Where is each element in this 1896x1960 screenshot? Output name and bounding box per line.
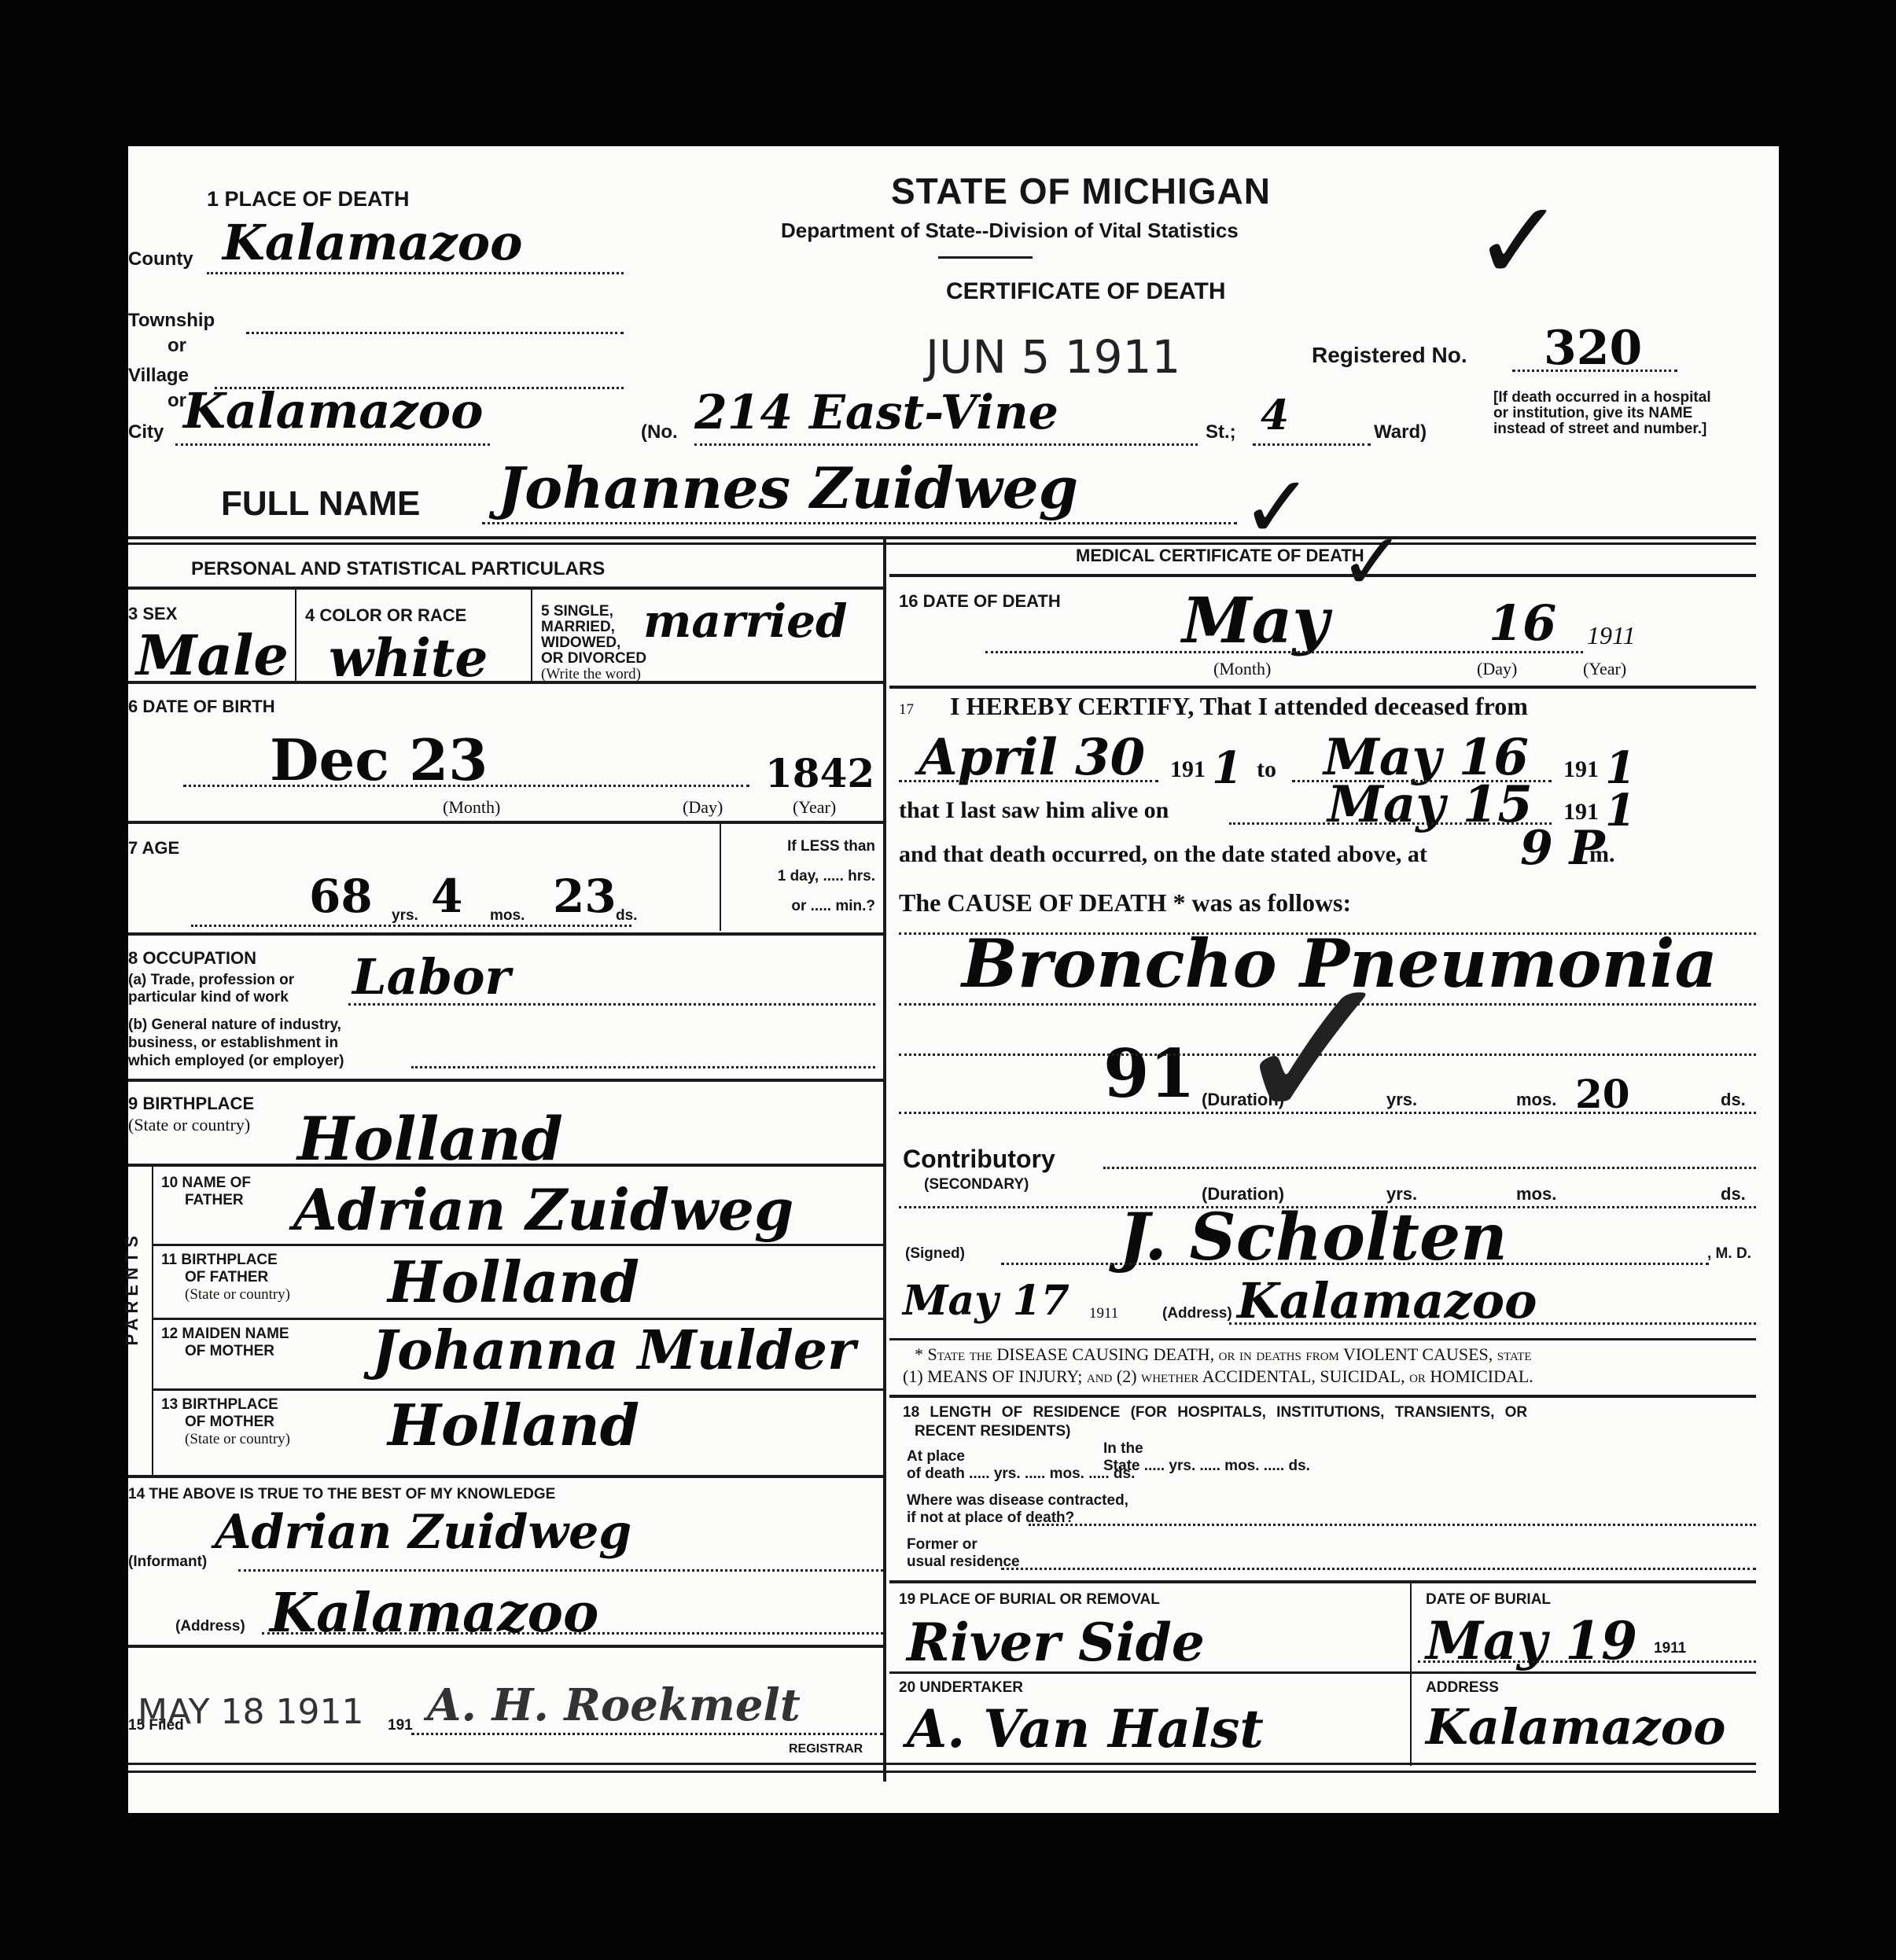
last-saw-year-digit: 1 xyxy=(1605,785,1636,837)
cause-code-value: 91 xyxy=(1103,1035,1195,1112)
informant-address-value: Kalamazoo xyxy=(270,1582,598,1645)
checkmark-icon: ✓ xyxy=(1229,932,1401,1170)
burial-year: 1911 xyxy=(1654,1640,1686,1657)
undertaker-label: 20 UNDERTAKER xyxy=(899,1679,1023,1697)
death-time-label: and that death occurred, on the date sta… xyxy=(899,841,1427,868)
parents-vertical-label: PARENTS xyxy=(122,1231,142,1346)
undertaker-value: A. Van Halst xyxy=(907,1698,1264,1760)
father-name-label: 10 NAME OF FATHER xyxy=(161,1175,251,1209)
residence-in-state: In the State ..... yrs. ..... mos. .....… xyxy=(1103,1440,1310,1475)
month-caption: (Month) xyxy=(443,797,500,818)
filed-year-suffix: 191 xyxy=(388,1717,413,1734)
burial-place-value: River Side xyxy=(907,1612,1205,1673)
year-caption: (Year) xyxy=(1583,659,1626,679)
month-caption: (Month) xyxy=(1213,659,1271,679)
informant-label: (Informant) xyxy=(128,1554,207,1571)
informant-statement: 14 THE ABOVE IS TRUE TO THE BEST OF MY K… xyxy=(128,1486,555,1503)
marital-status-value: married xyxy=(643,594,848,648)
duration-days-value: 20 xyxy=(1575,1071,1630,1117)
hospital-note: [If death occurred in a hospital or inst… xyxy=(1493,390,1714,437)
received-date-stamp: JUN 5 1911 xyxy=(926,330,1180,384)
death-time-suffix: m. xyxy=(1589,841,1615,868)
race-label: 4 COLOR OR RACE xyxy=(305,605,466,626)
residence-label: 18 LENGTH OF RESIDENCE (FOR HOSPITALS, I… xyxy=(903,1404,1527,1421)
header-rule xyxy=(938,256,1033,259)
dob-label: 6 DATE OF BIRTH xyxy=(128,697,275,717)
less-than-day-label: If LESS than 1 day, ..... hrs. or ..... … xyxy=(742,832,875,921)
year-caption: (Year) xyxy=(793,797,836,818)
age-years-value: 68 xyxy=(309,870,373,923)
last-saw-value: May 15 xyxy=(1327,775,1533,834)
contributory-label: Contributory xyxy=(903,1145,1055,1174)
signed-label: (Signed) xyxy=(905,1245,965,1263)
mos-label: mos. xyxy=(1516,1090,1556,1110)
sex-label: 3 SEX xyxy=(128,604,177,624)
checkmark-icon: ✓ xyxy=(1473,178,1565,306)
date-of-death-year: 1911 xyxy=(1587,621,1636,650)
county-value: Kalamazoo xyxy=(223,214,522,271)
day-caption: (Day) xyxy=(1477,659,1517,679)
city-label: City xyxy=(128,421,164,443)
physician-address-value: Kalamazoo xyxy=(1237,1272,1537,1329)
mos-label: mos. xyxy=(1516,1184,1556,1204)
village-label: Village xyxy=(128,365,189,387)
department-subtitle: Department of State--Division of Vital S… xyxy=(781,219,1239,243)
year-prefix: 191 xyxy=(1170,756,1206,783)
certificate-title: CERTIFICATE OF DEATH xyxy=(946,278,1226,305)
undertaker-address-label: ADDRESS xyxy=(1426,1679,1499,1697)
filed-date-stamp: MAY 18 1911 xyxy=(138,1692,363,1732)
street-label: St.; xyxy=(1206,421,1236,443)
footnote-line-2: (1) MEANS OF INJURY; and (2) whether ACC… xyxy=(903,1366,1533,1387)
mother-birthplace-label: 13 BIRTHPLACE OF MOTHER (State or countr… xyxy=(161,1396,290,1448)
ds-label: ds. xyxy=(1721,1090,1746,1110)
father-birthplace-label: 11 BIRTHPLACE OF FATHER (State or countr… xyxy=(161,1252,290,1304)
occupation-b-value xyxy=(411,1066,875,1068)
personal-section-heading: PERSONAL AND STATISTICAL PARTICULARS xyxy=(191,558,605,580)
signed-date-value: May 17 xyxy=(903,1277,1069,1325)
occupation-a-label: (a) Trade, profession or particular kind… xyxy=(128,972,294,1006)
informant-address-label: (Address) xyxy=(175,1618,245,1635)
age-months-value: 4 xyxy=(431,870,462,923)
registrar-label: REGISTRAR xyxy=(789,1742,863,1756)
full-name-value: Johannes Zuidweg xyxy=(498,454,1078,521)
burial-date-label: DATE OF BURIAL xyxy=(1426,1591,1551,1609)
year-prefix: 191 xyxy=(1563,756,1599,783)
cause-of-death-label: The CAUSE OF DEATH * was as follows: xyxy=(899,888,1351,917)
date-of-death-month: May xyxy=(1182,583,1329,657)
mos-label: mos. xyxy=(490,907,525,925)
ward-value: 4 xyxy=(1261,392,1289,439)
street-address-value: 214 East-Vine xyxy=(694,385,1058,440)
medical-section-heading: MEDICAL CERTIFICATE OF DEATH xyxy=(1076,546,1364,566)
mother-name-label: 12 MAIDEN NAME OF MOTHER xyxy=(161,1326,289,1360)
date-of-death-day: 16 xyxy=(1489,594,1556,652)
father-birthplace-value: Holland xyxy=(388,1248,639,1315)
date-of-death-label: 16 DATE OF DEATH xyxy=(899,591,1061,612)
death-certificate: 1 PLACE OF DEATH STATE OF MICHIGAN Depar… xyxy=(128,146,1779,1813)
yrs-label: yrs. xyxy=(392,907,418,925)
burial-place-label: 19 PLACE OF BURIAL OR REMOVAL xyxy=(899,1591,1160,1609)
mother-name-value: Johanna Mulder xyxy=(372,1319,856,1382)
footnote-line-1: * State the DISEASE CAUSING DEATH, or in… xyxy=(915,1344,1532,1365)
race-value: white xyxy=(329,627,488,689)
to-label: to xyxy=(1257,756,1276,783)
disease-contracted-label: Where was disease contracted, if not at … xyxy=(907,1492,1128,1527)
attended-from-year-digit: 1 xyxy=(1212,742,1243,794)
physician-address-label: (Address) xyxy=(1162,1305,1232,1322)
marital-status-label: 5 SINGLE, MARRIED, WIDOWED, OR DIVORCED … xyxy=(541,604,646,682)
sex-value: Male xyxy=(136,623,289,688)
dob-year-value: 1842 xyxy=(765,750,874,796)
age-days-value: 23 xyxy=(553,870,617,923)
county-label: County xyxy=(128,248,193,270)
ds-label: ds. xyxy=(616,907,637,925)
residence-label-2: RECENT RESIDENTS) xyxy=(915,1423,1070,1440)
informant-name-value: Adrian Zuidweg xyxy=(215,1505,631,1560)
registered-no-label: Registered No. xyxy=(1312,343,1467,368)
ward-label: Ward) xyxy=(1374,421,1427,443)
md-label: , M. D. xyxy=(1707,1245,1751,1263)
occupation-value: Labor xyxy=(352,948,510,1006)
cert-number: 17 xyxy=(899,701,914,719)
place-of-death-heading: 1 PLACE OF DEATH xyxy=(207,187,410,211)
age-label: 7 AGE xyxy=(128,838,179,859)
township-label: Township xyxy=(128,310,215,332)
last-saw-label: that I last saw him alive on xyxy=(899,797,1169,824)
full-name-label: FULL NAME xyxy=(221,484,420,524)
birthplace-sublabel: (State or country) xyxy=(128,1115,250,1135)
attended-from-value: April 30 xyxy=(919,728,1145,787)
former-residence-label: Former or usual residence xyxy=(907,1536,1020,1571)
dob-month-day-value: Dec 23 xyxy=(270,726,488,793)
checkmark-icon: ✓ xyxy=(1339,516,1405,608)
registered-no-value: 320 xyxy=(1544,321,1642,376)
day-caption: (Day) xyxy=(683,797,723,818)
signed-year: 1911 xyxy=(1089,1305,1118,1322)
father-name-value: Adrian Zuidweg xyxy=(293,1176,793,1243)
secondary-label: (SECONDARY) xyxy=(924,1176,1029,1193)
or-label: or xyxy=(168,335,186,357)
registrar-signature: A. H. Roekmelt xyxy=(427,1679,801,1731)
city-value: Kalamazoo xyxy=(183,382,483,439)
birthplace-label: 9 BIRTHPLACE xyxy=(128,1094,254,1114)
occupation-b-label: (b) General nature of industry, business… xyxy=(128,1016,344,1070)
occupation-label: 8 OCCUPATION xyxy=(128,948,256,969)
mother-birthplace-value: Holland xyxy=(388,1392,639,1458)
certify-statement: I HEREBY CERTIFY, That I attended deceas… xyxy=(950,692,1528,721)
column-divider xyxy=(883,539,886,1782)
street-no-label: (No. xyxy=(641,421,678,443)
undertaker-address-value: Kalamazoo xyxy=(1426,1698,1725,1756)
residence-at-place: At place of death ..... yrs. ..... mos. … xyxy=(907,1448,1135,1483)
state-title: STATE OF MICHIGAN xyxy=(891,170,1271,212)
ds-label: ds. xyxy=(1721,1184,1746,1204)
